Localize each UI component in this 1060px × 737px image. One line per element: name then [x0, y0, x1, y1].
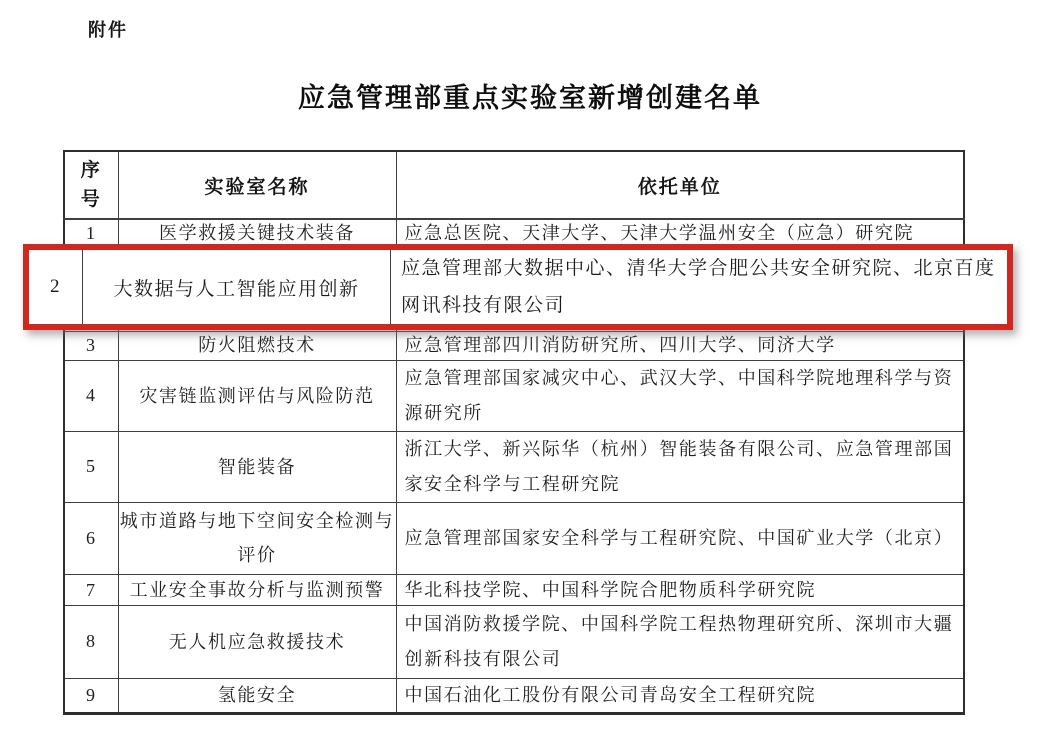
header-supporting-org: 依托单位 [396, 151, 964, 219]
header-lab-name: 实验室名称 [118, 151, 396, 219]
table-row: 5 智能装备 浙江大学、新兴际华（杭州）智能装备有限公司、应急管理部国家安全科学… [64, 431, 964, 502]
row-index: 3 [64, 331, 118, 360]
row-index: 5 [64, 431, 118, 502]
row-index: 1 [64, 219, 118, 247]
red-highlight-box: 2 大数据与人工智能应用创新 应急管理部大数据中心、清华大学合肥公共安全研究院、… [23, 244, 1013, 330]
laboratory-table: 序号 实验室名称 依托单位 1 医学救援关键技术装备 应急总医院、天津大学、天津… [63, 150, 965, 715]
table-row: 9 氢能安全 中国石油化工股份有限公司青岛安全工程研究院 [64, 678, 964, 713]
lab-name: 无人机应急救援技术 [118, 605, 396, 678]
row-index: 7 [64, 574, 118, 605]
lab-name: 工业安全事故分析与监测预警 [118, 574, 396, 605]
attachment-label: 附件 [88, 16, 128, 42]
lab-name: 医学救援关键技术装备 [118, 219, 396, 247]
table-row: 7 工业安全事故分析与监测预警 华北科技学院、中国科学院合肥物质科学研究院 [64, 574, 964, 605]
table-header-row: 序号 实验室名称 依托单位 [64, 151, 964, 219]
table-row: 4 灾害链监测评估与风险防范 应急管理部国家减灾中心、武汉大学、中国科学院地理科… [64, 360, 964, 431]
table-row: 8 无人机应急救援技术 中国消防救援学院、中国科学院工程热物理研究所、深圳市大疆… [64, 605, 964, 678]
row-index: 6 [64, 502, 118, 574]
document-page: { "page": { "attachment_label": "附件", "t… [0, 0, 1060, 737]
lab-name: 灾害链监测评估与风险防范 [118, 360, 396, 431]
supporting-org: 浙江大学、新兴际华（杭州）智能装备有限公司、应急管理部国家安全科学与工程研究院 [396, 431, 964, 502]
row-index: 4 [64, 360, 118, 431]
row-index: 9 [64, 678, 118, 713]
header-index: 序号 [64, 151, 118, 219]
lab-name: 城市道路与地下空间安全检测与评价 [118, 502, 396, 574]
table-row: 6 城市道路与地下空间安全检测与评价 应急管理部国家安全科学与工程研究院、中国矿… [64, 502, 964, 574]
supporting-org: 应急管理部国家减灾中心、武汉大学、中国科学院地理科学与资源研究所 [396, 360, 964, 431]
highlighted-lab-name: 大数据与人工智能应用创新 [83, 250, 391, 324]
supporting-org: 华北科技学院、中国科学院合肥物质科学研究院 [396, 574, 964, 605]
header-index-label: 序号 [78, 156, 104, 214]
page-title: 应急管理部重点实验室新增创建名单 [0, 76, 1060, 115]
table-row: 1 医学救援关键技术装备 应急总医院、天津大学、天津大学温州安全（应急）研究院 [64, 219, 964, 247]
supporting-org: 应急总医院、天津大学、天津大学温州安全（应急）研究院 [396, 219, 964, 247]
highlighted-row-index: 2 [29, 250, 83, 324]
highlighted-supporting-org: 应急管理部大数据中心、清华大学合肥公共安全研究院、北京百度网讯科技有限公司 [391, 250, 1007, 324]
highlighted-supporting-org-text: 应急管理部大数据中心、清华大学合肥公共安全研究院、北京百度网讯科技有限公司 [401, 250, 1001, 324]
supporting-org: 中国消防救援学院、中国科学院工程热物理研究所、深圳市大疆创新科技有限公司 [396, 605, 964, 678]
supporting-org: 中国石油化工股份有限公司青岛安全工程研究院 [396, 678, 964, 713]
row-index: 8 [64, 605, 118, 678]
table-row: 3 防火阻燃技术 应急管理部四川消防研究所、四川大学、同济大学 [64, 331, 964, 360]
lab-name: 防火阻燃技术 [118, 331, 396, 360]
supporting-org: 应急管理部国家安全科学与工程研究院、中国矿业大学（北京） [396, 502, 964, 574]
supporting-org: 应急管理部四川消防研究所、四川大学、同济大学 [396, 331, 964, 360]
lab-name: 智能装备 [118, 431, 396, 502]
lab-name: 氢能安全 [118, 678, 396, 713]
